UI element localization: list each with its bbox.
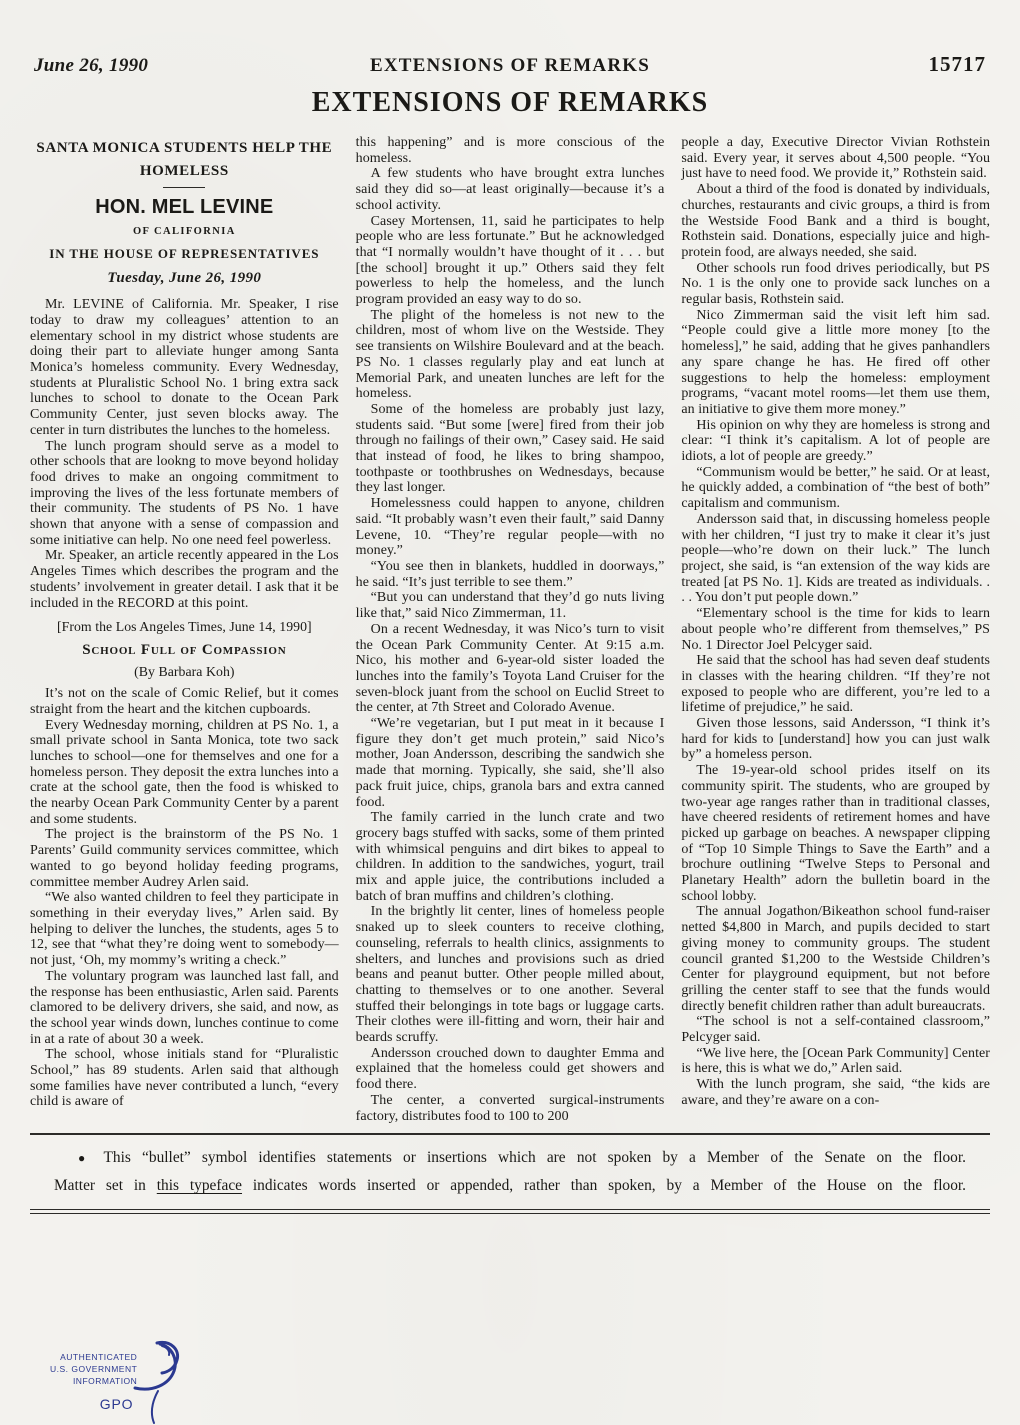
gpo-seal-line1: AUTHENTICATED: [50, 1352, 137, 1364]
para: The family carried in the lunch crate an…: [356, 810, 665, 904]
para: “We’re vegetarian, but I put meat in it …: [356, 716, 665, 810]
session-date: Tuesday, June 26, 1990: [30, 269, 339, 287]
para-flush: people a day, Executive Director Vivian …: [681, 135, 990, 182]
column-right: people a day, Executive Director Vivian …: [681, 135, 990, 1201]
gpo-authentication-seal: AUTHENTICATED U.S. GOVERNMENT INFORMATIO…: [50, 1338, 187, 1424]
column-middle: this happening” and is more conscious of…: [356, 135, 665, 1201]
chamber: IN THE HOUSE OF REPRESENTATIVES: [30, 246, 339, 262]
para: He said that the school has had seven de…: [681, 653, 990, 716]
para: The voluntary program was launched last …: [30, 969, 339, 1048]
para: “But you can understand that they’d go n…: [356, 590, 665, 621]
congressional-record-page: June 26, 1990 EXTENSIONS OF REMARKS 1571…: [0, 0, 1020, 1425]
para: “You see then in blankets, huddled in do…: [356, 559, 665, 590]
para: Mr. LEVINE of California. Mr. Speaker, I…: [30, 297, 339, 438]
para: “The school is not a self-contained clas…: [681, 1014, 990, 1045]
source-line: [From the Los Angeles Times, June 14, 19…: [44, 618, 325, 636]
para: With the lunch program, she said, “the k…: [681, 1077, 990, 1108]
gpo-abbreviation: GPO: [50, 1395, 133, 1415]
para: The annual Jogathon/Bikeathon school fun…: [681, 904, 990, 1014]
byline: (By Barbara Koh): [30, 663, 339, 680]
speaker-name: HON. MEL LEVINE: [30, 196, 339, 218]
para: “We also wanted children to feel they pa…: [30, 890, 339, 969]
article-columns: SANTA MONICA STUDENTS HELP THE HOMELESSH…: [0, 135, 1020, 1201]
para: About a third of the food is donated by …: [681, 182, 990, 261]
para: Andersson said that, in discussing homel…: [681, 512, 990, 606]
para: The project is the brainstorm of the PS …: [30, 827, 339, 890]
para: Homelessness could happen to anyone, chi…: [356, 496, 665, 559]
gpo-seal-line3: INFORMATION: [50, 1376, 137, 1388]
para: In the brightly lit center, lines of hom…: [356, 904, 665, 1045]
column-left: SANTA MONICA STUDENTS HELP THE HOMELESSH…: [30, 135, 339, 1201]
para-flush: this happening” and is more conscious of…: [356, 135, 665, 166]
title-rule: [163, 187, 205, 188]
para: Mr. Speaker, an article recently appeare…: [30, 548, 339, 611]
para: Nico Zimmerman said the visit left him s…: [681, 308, 990, 418]
para: “Communism would be better,” he said. Or…: [681, 465, 990, 512]
gpo-seal-text: AUTHENTICATED U.S. GOVERNMENT INFORMATIO…: [50, 1352, 137, 1414]
para: The lunch program should serve as a mode…: [30, 439, 339, 549]
para: The 19-year-old school prides itself on …: [681, 763, 990, 904]
para: The plight of the homeless is not new to…: [356, 308, 665, 402]
para: It’s not on the scale of Comic Relief, b…: [30, 686, 339, 717]
issue-date: June 26, 1990: [34, 55, 272, 77]
section-title: EXTENSIONS OF REMARKS: [0, 87, 1020, 119]
running-head: June 26, 1990 EXTENSIONS OF REMARKS 1571…: [0, 52, 1020, 77]
gpo-seal-line2: U.S. GOVERNMENT: [50, 1364, 137, 1376]
para: Every Wednesday morning, children at PS …: [30, 718, 339, 828]
para: A few students who have brought extra lu…: [356, 166, 665, 213]
running-title: EXTENSIONS OF REMARKS: [272, 55, 748, 77]
para: Andersson crouched down to daughter Emma…: [356, 1046, 665, 1093]
para: His opinion on why they are homeless is …: [681, 418, 990, 465]
footer-bottom-rule: [30, 1209, 990, 1214]
subhead: School Full of Compassion: [30, 641, 339, 660]
article-title: SANTA MONICA STUDENTS HELP THE HOMELESS: [30, 137, 339, 182]
gpo-eagle-icon: [129, 1338, 187, 1424]
para: Some of the homeless are probably just l…: [356, 402, 665, 496]
page-number: 15717: [748, 52, 986, 77]
para: Casey Mortensen, 11, said he participate…: [356, 214, 665, 308]
para: On a recent Wednesday, it was Nico’s tur…: [356, 622, 665, 716]
para: The center, a converted surgical-instrum…: [356, 1093, 665, 1124]
speaker-state: OF CALIFORNIA: [30, 226, 339, 239]
para: “We live here, the [Ocean Park Community…: [681, 1046, 990, 1077]
para: “Elementary school is the time for kids …: [681, 606, 990, 653]
para: Given those lessons, said Andersson, “I …: [681, 716, 990, 763]
para: Other schools run food drives periodical…: [681, 261, 990, 308]
para: The school, whose initials stand for “Pl…: [30, 1047, 339, 1110]
